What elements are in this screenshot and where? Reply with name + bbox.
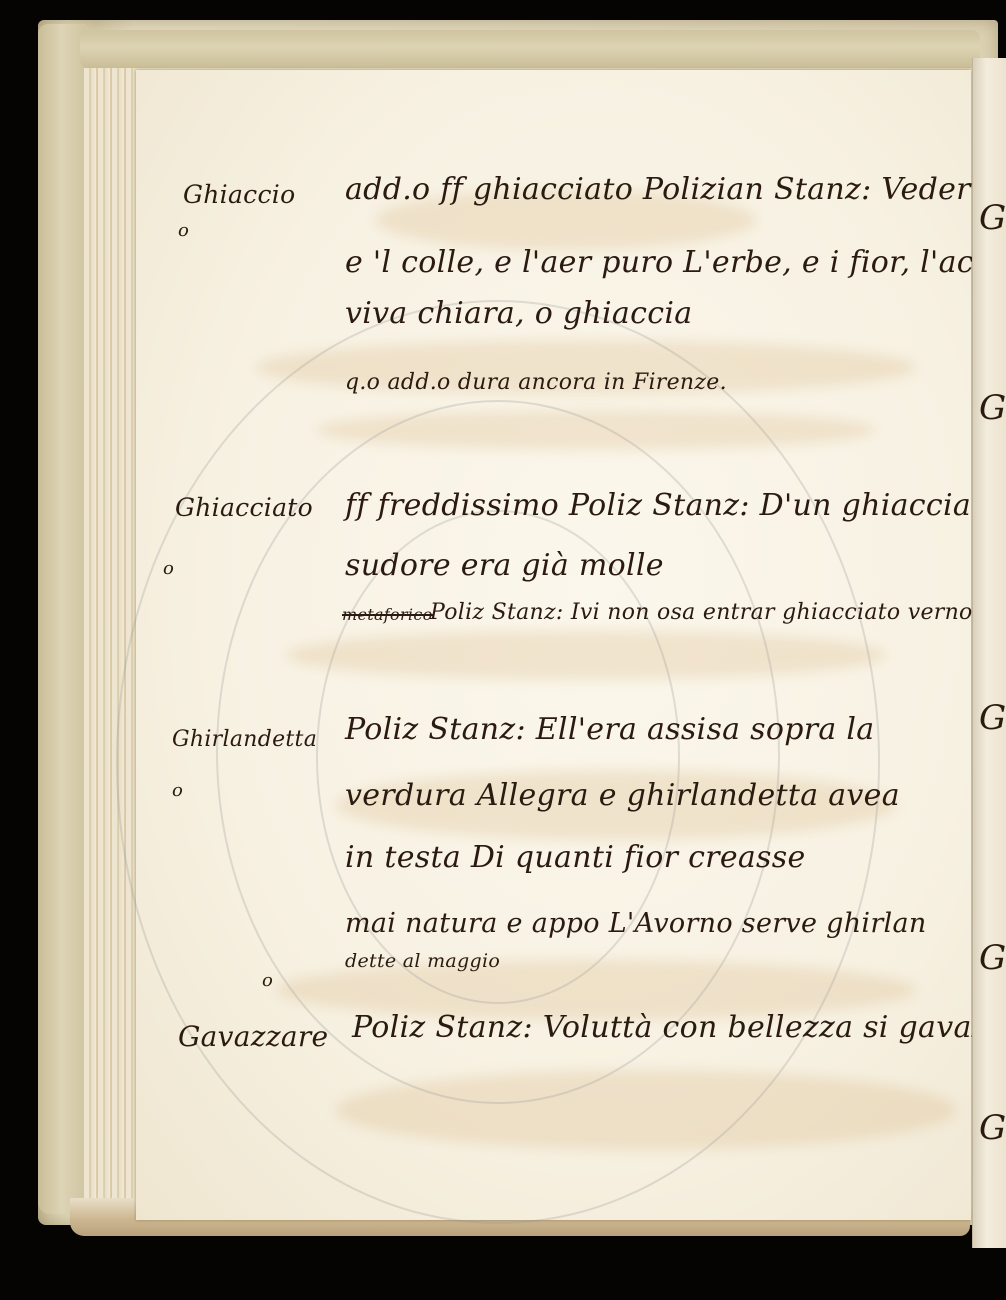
struck-word: metaforico [342,605,433,624]
entry-line: ff freddissimo Poliz Stanz: D'un ghiacci… [345,488,1002,523]
headword-ghirlandetta: Ghirlandetta [172,727,317,752]
facing-page-ink: G [979,198,1006,238]
facing-page-edge: G G G G G [972,58,1006,1248]
facing-page-ink: G [979,938,1006,978]
entry-marker: o [178,220,189,241]
entry-line: sudore era già molle [345,548,664,583]
headword-gavazzare: Gavazzare [178,1020,328,1053]
entry-line: Poliz Stanz: Ivi non osa entrar ghiaccia… [430,600,973,625]
entry-line: Poliz Stanz: Ell'era assisa sopra la [345,712,874,747]
headword-ghiaccio: Ghiaccio [183,180,295,209]
stacked-page-edges [84,68,134,1208]
entry-line: e 'l colle, e l'aer puro L'erbe, e i fio… [345,245,1006,280]
entry-line: mai natura e appo L'Avorno serve ghirlan [345,908,927,939]
entry-marker: o [163,558,174,579]
facing-page-ink: G [979,698,1006,738]
manuscript-photo: Ghiaccio o add.o ff ghiacciato Polizian … [0,0,1006,1300]
entry-line: verdura Allegra e ghirlandetta avea [345,778,900,813]
cover-top-fold [80,30,980,68]
entry-line: dette al maggio [345,950,500,972]
entry-note: q.o add.o dura ancora in Firenze. [345,370,727,395]
entry-line: Poliz Stanz: Voluttà con bellezza si gav… [352,1010,1006,1045]
entry-line: viva chiara, o ghiaccia [345,296,692,331]
facing-page-ink: G [979,388,1006,428]
headword-ghiacciato: Ghiacciato [175,493,313,522]
entry-marker: o [172,780,183,801]
entry-line: in testa Di quanti fior creasse [345,840,806,875]
facing-page-ink: G [979,1108,1006,1148]
entry-line: add.o ff ghiacciato Polizian Stanz: Vede… [345,172,1006,207]
entry-marker: o [262,970,273,991]
cover-spine-fold [38,24,86,1214]
